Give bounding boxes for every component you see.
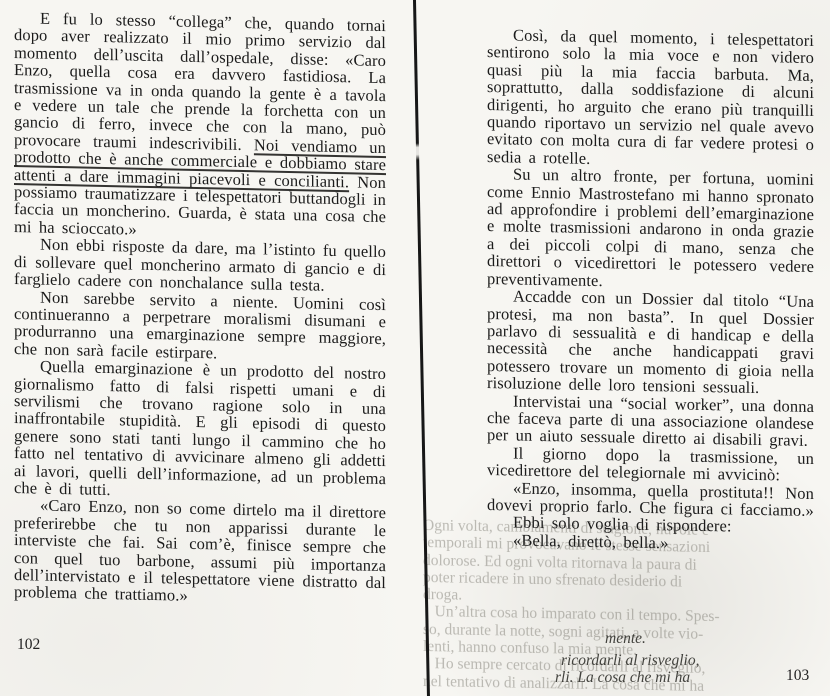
text-segment: Intervistai una “social worker”, una don…: [487, 391, 814, 450]
text-segment: E fu lo stesso “collega” che, quando tor…: [14, 9, 386, 155]
bleed-fragment: mente.: [605, 630, 646, 648]
text-segment: Non sarebbe servito a niente. Uomini cos…: [14, 287, 386, 362]
text-segment: Così, da quel momento, i telespettatori …: [487, 25, 814, 167]
paragraph: «Caro Enzo, non so come dirtelo ma il di…: [14, 496, 386, 609]
paragraph: Non ebbi risposte da dare, ma l’istinto …: [14, 235, 386, 295]
paragraph: Non sarebbe servito a niente. Uomini cos…: [14, 288, 386, 366]
right-page-number: 103: [786, 667, 809, 685]
bleed-fragment: rli. La cosa che mi ha: [555, 669, 690, 687]
text-segment: «Caro Enzo, non so come dirtelo ma il di…: [14, 496, 386, 605]
book-scan-spread: Ogni volta, cambiamenti di stagione, nuv…: [0, 0, 830, 696]
paragraph: Intervistai una “social worker”, una don…: [487, 392, 814, 450]
right-page-text: Così, da quel momento, i telespettatori …: [487, 26, 814, 554]
text-segment: Accadde con un Dossier dal titolo “Una p…: [487, 287, 814, 398]
paragraph: Su un altro fronte, per fortuna, uomini …: [487, 165, 814, 293]
bleed-fragment: ricordarli al risveglio,: [561, 652, 700, 670]
text-segment: «Bella, direttò, bella.»: [513, 530, 668, 552]
page-gutter-line: [413, 0, 430, 696]
paragraph: Accadde con un Dossier dal titolo “Una p…: [487, 287, 814, 397]
left-page-text: E fu lo stesso “collega” che, quando tor…: [14, 9, 386, 609]
text-segment: Quella emarginazione è un prodotto del n…: [14, 357, 386, 499]
left-page-number: 102: [17, 636, 40, 654]
paragraph: Così, da quel momento, i telespettatori …: [487, 26, 814, 171]
paragraph: E fu lo stesso “collega” che, quando tor…: [14, 9, 386, 243]
paragraph: Quella emarginazione è un prodotto del n…: [14, 357, 386, 504]
text-segment: Su un altro fronte, per fortuna, uomini …: [487, 165, 814, 290]
text-segment: Non ebbi risposte da dare, ma l’istinto …: [14, 235, 386, 295]
